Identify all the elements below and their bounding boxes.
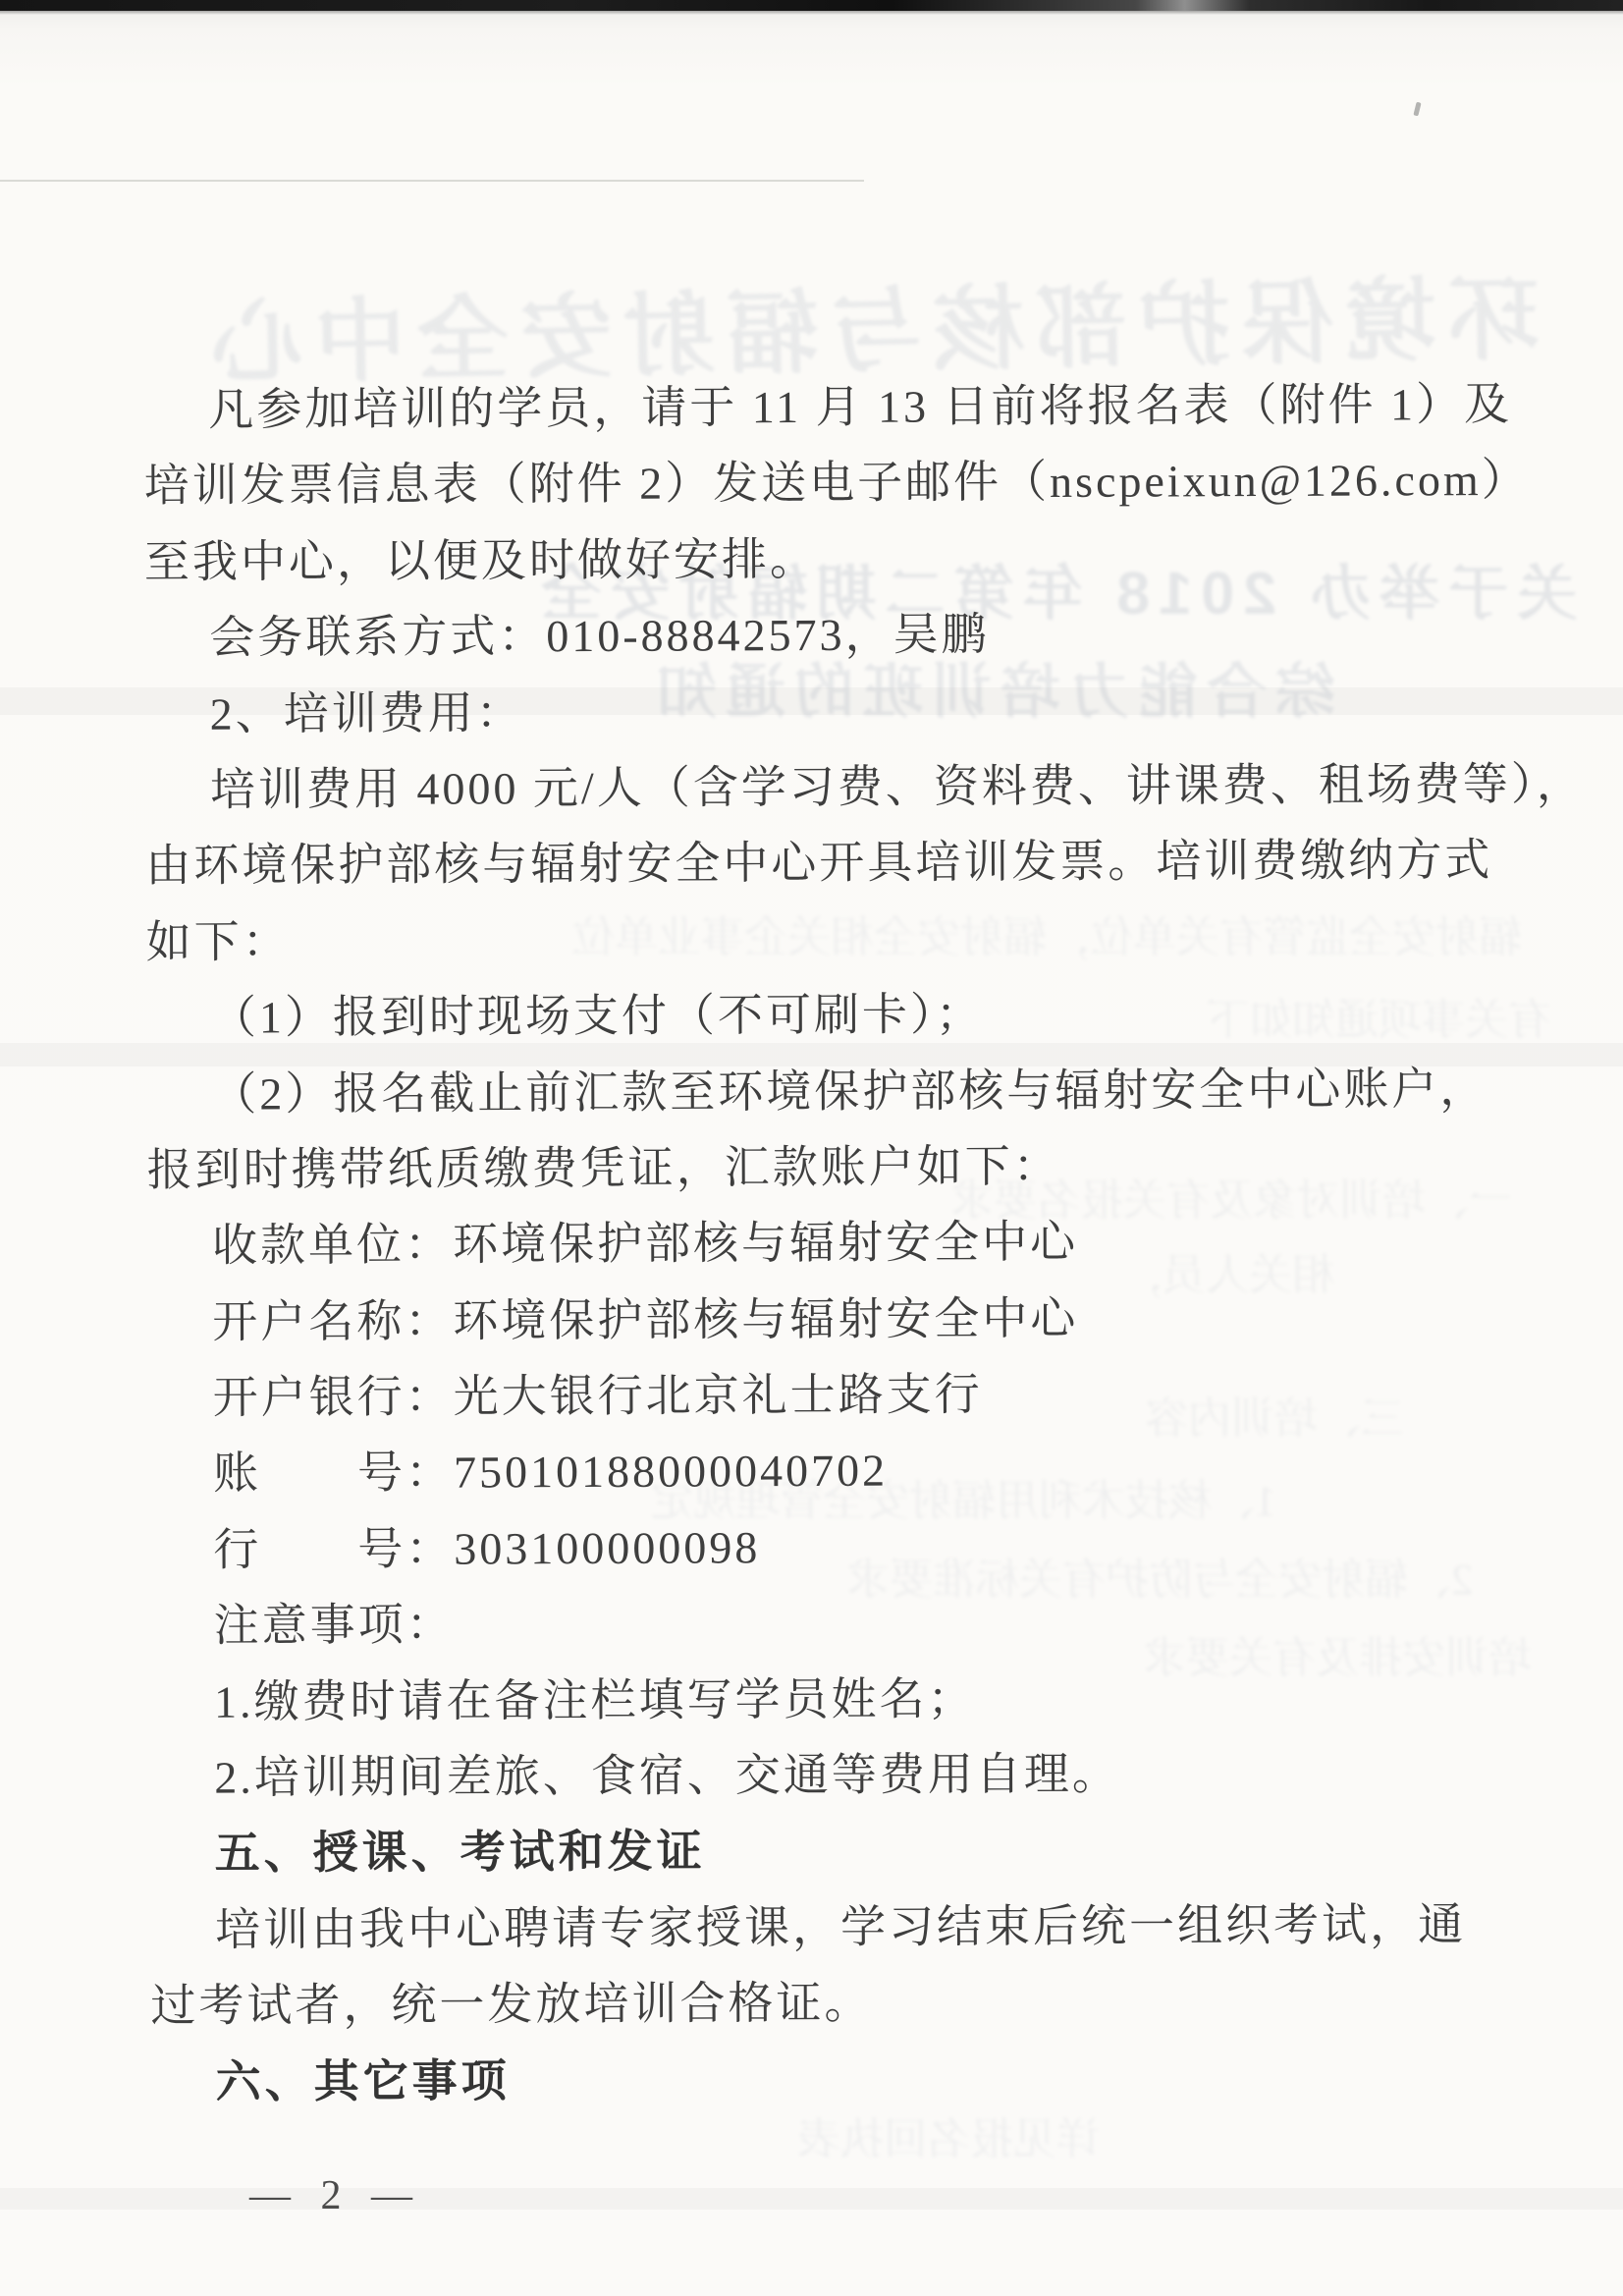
document-line: 凡参加培训的学员，请于 11 月 13 日前将报名表（附件 1）及 [143, 366, 1485, 448]
document-line: 如下： [145, 899, 1487, 980]
scan-band [0, 2188, 1623, 2210]
document-line: （1）报到时现场支付（不可刷卡）； [146, 974, 1488, 1056]
scan-speck [1413, 102, 1421, 117]
section-heading-line: 五、授课、考试和发证 [150, 1810, 1491, 1891]
document-line: （2）报名截止前汇款至环境保护部核与辐射安全中心账户， [146, 1051, 1488, 1132]
document-page: 环境保护部核与辐射安全中心 关于举办 2018 年第二期辐射安全 综合能力培训班… [0, 0, 1623, 2296]
document-line: 行 号：303100000098 [148, 1506, 1489, 1588]
document-line: 培训发票信息表（附件 2）发送电子邮件（nscpeixun@126.com） [143, 442, 1485, 523]
document-line: 开户名称：环境保护部核与辐射安全中心 [147, 1279, 1488, 1360]
document-line: 2、培训费用： [144, 671, 1486, 752]
document-line: 收款单位：环境保护部核与辐射安全中心 [147, 1202, 1488, 1284]
document-line: 至我中心，以便及时做好安排。 [144, 519, 1486, 600]
document-body: 凡参加培训的学员，请于 11 月 13 日前将报名表（附件 1）及培训发票信息表… [143, 366, 1492, 2120]
document-line: 培训由我中心聘请专家授课，学习结束后统一组织考试，通 [150, 1886, 1491, 1968]
document-line: 2.培训期间差旅、食宿、交通等费用自理。 [149, 1734, 1490, 1816]
document-line: 开户银行：光大银行北京礼士路支行 [148, 1354, 1489, 1436]
scan-streak-line [0, 180, 864, 182]
scan-edge-shadow [0, 11, 1623, 15]
document-line: 账 号：75010188000040702 [148, 1430, 1489, 1511]
document-line: 过考试者，统一发放培训合格证。 [150, 1962, 1491, 2044]
page-number: — 2 — [249, 2172, 422, 2219]
document-line: 注意事项： [149, 1582, 1490, 1664]
document-line: 培训费用 4000 元/人（含学习费、资料费、讲课费、租场费等）， [145, 746, 1487, 828]
document-line: 报到时携带纸质缴费凭证，汇款账户如下： [146, 1126, 1488, 1208]
document-line: 由环境保护部核与辐射安全中心开具培训发票。培训费缴纳方式 [145, 822, 1487, 903]
document-line: 会务联系方式：010-88842573，吴鹏 [144, 594, 1486, 676]
section-heading-line: 六、其它事项 [151, 2039, 1492, 2120]
scan-edge-artifact [0, 0, 1623, 11]
document-line: 1.缴费时请在备注栏填写学员姓名； [149, 1659, 1490, 1740]
